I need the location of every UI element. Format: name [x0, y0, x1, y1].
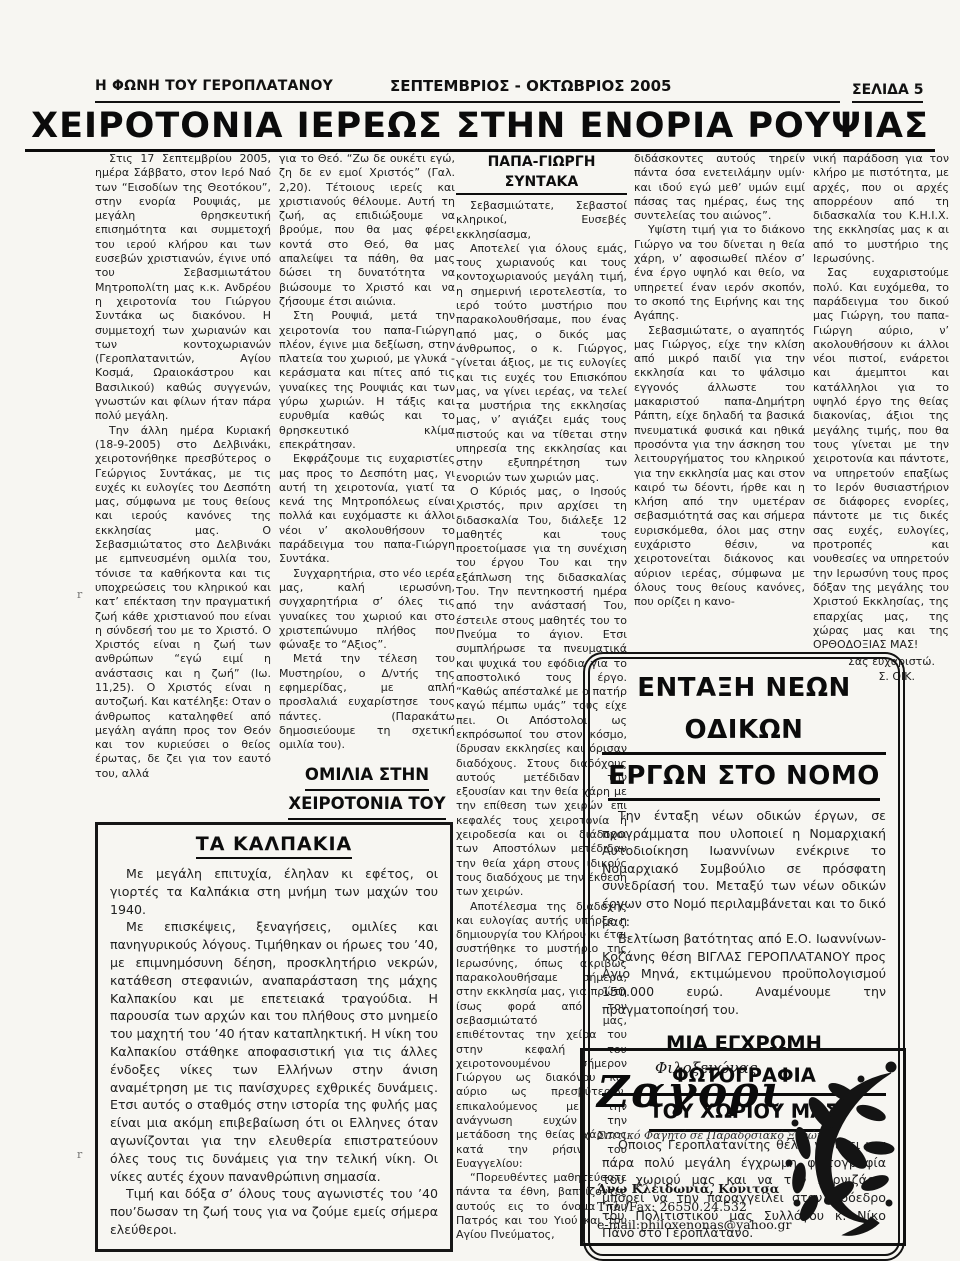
roads-title-line2: ΕΡΓΩΝ ΣΤΟ ΝΟΜΟ [608, 755, 880, 801]
paragraph: Μετά την τέλεση του Μυστηρίου, ο Δ/ντής … [279, 652, 455, 752]
roads-title: ΕΝΤΑΞΗ ΝΕΩΝ ΟΔΙΚΩΝ ΕΡΓΩΝ ΣΤΟ ΝΟΜΟ [602, 667, 886, 801]
roads-title-line1: ΕΝΤΑΞΗ ΝΕΩΝ ΟΔΙΚΩΝ [602, 667, 886, 755]
kalpakia-title-text: ΤΑ ΚΑΛΠΑΚΙΑ [196, 833, 353, 859]
ad-phone: Τηλ./Fax: 26550.24.532 [597, 1199, 747, 1214]
speech-heading: ΟΜΙΛΙΑ ΣΤΗΝ ΧΕΙΡΟΤΟΝΙΑ ΤΟΥ [279, 762, 455, 820]
paragraph: για το Θεό. “Ζω δε ουκέτι εγώ, ζη δε εν … [279, 152, 455, 309]
paragraph: Εκφράζουμε τις ευχαριστίες μας προς το Δ… [279, 452, 455, 566]
article-column-5: νική παράδοση για τον κλήρο με πιστότητα… [813, 152, 949, 684]
issue-date: ΣΕΠΤΕΜΒΡΙΟΣ - ΟΚΤΩΒΡΙΟΣ 2005 [390, 77, 671, 95]
article-column-1: Στις 17 Σεπτεμβρίου 2005, ημέρα Σάββατο,… [95, 152, 271, 781]
paragraph: Υψίστη τιμή για το διάκονο Γιώργο να του… [634, 223, 805, 323]
paragraph: Σεβασμιώτατε, Σεβαστοί κληρικοί, Ευσεβές… [456, 199, 627, 242]
paragraph: Σας ευχαριστούμε πολύ. Και ευχόμεθα, το … [813, 266, 949, 652]
kalpakia-article-box: ΤΑ ΚΑΛΠΑΚΙΑ Με μεγάλη επιτυχία, έληλαν κ… [95, 822, 453, 1252]
paragraph: Αποτελεί για όλους εμάς, τους χωριανούς … [456, 242, 627, 485]
paragraph: Με επισκέψεις, ξεναγήσεις, ομιλίες και π… [110, 918, 438, 1185]
header-rule [95, 101, 840, 103]
floral-ornament-icon [751, 1053, 901, 1241]
newspaper-name: Η ΦΩΝΗ ΤΟΥ ΓΕΡΟΠΛΑΤΑΝΟΥ [95, 78, 333, 94]
paragraph: Βελτίωση βατότητας από Ε.Ο. Ιωαννίνων- Κ… [602, 930, 886, 1018]
article-column-4: διδάσκοντες αυτούς τηρείν πάντα όσα ενετ… [634, 152, 805, 610]
column-5-text: νική παράδοση για τον κλήρο με πιστότητα… [813, 152, 949, 652]
roads-text: Την ένταξη νέων οδικών έργων, σε προγράμ… [602, 807, 886, 1018]
kalpakia-title: ΤΑ ΚΑΛΠΑΚΙΑ [110, 833, 438, 859]
page-number: ΣΕΛΙΔΑ 5 [852, 82, 923, 103]
zagori-advertisement: Φιλοξενώνας Ζαγόρι Σπιτικό Φαγητό σε Παρ… [580, 1048, 906, 1246]
paragraph: Με μεγάλη επιτυχία, έληλαν κι εφέτος, οι… [110, 865, 438, 918]
headline-row: ΧΕΙΡΟΤΟΝΙΑ ΙΕΡΕΩΣ ΣΤΗΝ ΕΝΟΡΙΑ ΡΟΥΨΙΑΣ [0, 106, 960, 152]
paragraph: Συγχαρητήρια, στο νέο ιερέα μας, καλή ιε… [279, 567, 455, 653]
speech-heading-line1: ΟΜΙΛΙΑ ΣΤΗΝ [305, 762, 429, 791]
column-2-text: για το Θεό. “Ζω δε ουκέτι εγώ, ζη δε εν … [279, 152, 455, 752]
speech-heading-line2: ΧΕΙΡΟΤΟΝΙΑ ΤΟΥ [288, 791, 445, 820]
paragraph: Την άλλη ημέρα Κυριακή (18-9-2005) στο Δ… [95, 424, 271, 781]
paragraph: Στη Ρουψιά, μετά την χειροτονία του παπα… [279, 309, 455, 452]
speech-heading-name: ΠΑΠΑ-ΓΙΩΡΓΗ ΣΥΝΤΑΚΑ [456, 152, 627, 195]
paragraph: Σεβασμιώτατε, ο αγαπητός μας Γιώργος, εί… [634, 324, 805, 610]
scan-artifact: r [77, 1148, 82, 1161]
speech-heading-name-text: ΠΑΠΑ-ΓΙΩΡΓΗ ΣΥΝΤΑΚΑ [456, 152, 627, 195]
paragraph: διδάσκοντες αυτούς τηρείν πάντα όσα ενετ… [634, 152, 805, 223]
scan-artifact: r [77, 588, 82, 601]
article-column-2: για το Θεό. “Ζω δε ουκέτι εγώ, ζη δε εν … [279, 152, 455, 820]
page-title: ΧΕΙΡΟΤΟΝΙΑ ΙΕΡΕΩΣ ΣΤΗΝ ΕΝΟΡΙΑ ΡΟΥΨΙΑΣ [25, 106, 935, 152]
paragraph: Στις 17 Σεπτεμβρίου 2005, ημέρα Σάββατο,… [95, 152, 271, 424]
kalpakia-text: Με μεγάλη επιτυχία, έληλαν κι εφέτος, οι… [110, 865, 438, 1239]
paragraph: Την ένταξη νέων οδικών έργων, σε προγράμ… [602, 807, 886, 930]
paragraph: Τιμή και δόξα σ’ όλους τους αγωνιστές το… [110, 1185, 438, 1238]
paragraph: νική παράδοση για τον κλήρο με πιστότητα… [813, 152, 949, 266]
